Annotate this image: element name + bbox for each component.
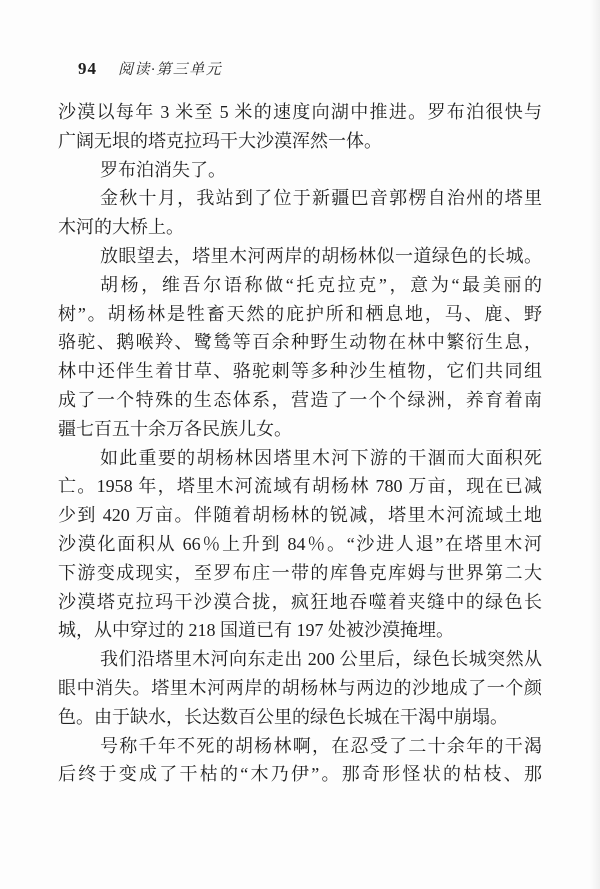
text-line: 后终于变成了干枯的“木乃伊”。那奇形怪状的枯枝、那 [58,760,542,789]
text-line: 林中还伴生着甘草、骆驼刺等多种沙生植物，它们共同组 [58,357,542,386]
text-line: 如此重要的胡杨林因塔里木河下游的干涸而大面积死 [58,444,542,473]
text-line: 城，从中穿过的 218 国道已有 197 处被沙漠掩埋。 [58,616,542,645]
text-line: 亡。1958 年，塔里木河流域有胡杨林 780 万亩，现在已减 [58,472,542,501]
text-line: 沙漠化面积从 66％上升到 84％。“沙进人退”在塔里木河 [58,530,542,559]
text-line: 广阔无垠的塔克拉玛干大沙漠浑然一体。 [58,127,542,156]
text-line: 疆七百五十余万各民族儿女。 [58,415,542,444]
text-line: 沙漠塔克拉玛干沙漠合拢，疯狂地吞噬着夹缝中的绿色长 [58,588,542,617]
text-line: 胡杨，维吾尔语称做“托克拉克”，意为“最美丽的 [58,271,542,300]
page-number: 94 [78,59,97,79]
running-head: 94 阅读·第三单元 [78,58,222,80]
text-line: 色。由于缺水，长达数百公里的绿色长城在干渴中崩塌。 [58,703,542,732]
body-text: 沙漠以每年 3 米至 5 米的速度向湖中推进。罗布泊很快与广阔无垠的塔克拉玛干大… [58,98,542,789]
text-line: 骆驼、鹅喉羚、鹭鸶等百余种野生动物在林中繁衍生息， [58,328,542,357]
text-line: 号称千年不死的胡杨林啊，在忍受了二十余年的干渴 [58,732,542,761]
text-line: 少到 420 万亩。伴随着胡杨林的锐减，塔里木河流域土地 [58,501,542,530]
text-line: 我们沿塔里木河向东走出 200 公里后，绿色长城突然从 [58,645,542,674]
text-line: 金秋十月，我站到了位于新疆巴音郭楞自治州的塔里 [58,184,542,213]
section-title: 阅读·第三单元 [118,58,222,79]
text-line: 木河的大桥上。 [58,213,542,242]
text-line: 放眼望去，塔里木河两岸的胡杨林似一道绿色的长城。 [58,242,542,271]
text-line: 成了一个特殊的生态体系，营造了一个个绿洲，养育着南 [58,386,542,415]
text-line: 罗布泊消失了。 [58,156,542,185]
text-line: 树”。胡杨林是牲畜天然的庇护所和栖息地，马、鹿、野 [58,300,542,329]
text-line: 沙漠以每年 3 米至 5 米的速度向湖中推进。罗布泊很快与 [58,98,542,127]
text-line: 下游变成现实，至罗布庄一带的库鲁克库姆与世界第二大 [58,559,542,588]
text-line: 眼中消失。塔里木河两岸的胡杨林与两边的沙地成了一个颜 [58,674,542,703]
book-page: 94 阅读·第三单元 沙漠以每年 3 米至 5 米的速度向湖中推进。罗布泊很快与… [0,0,600,889]
